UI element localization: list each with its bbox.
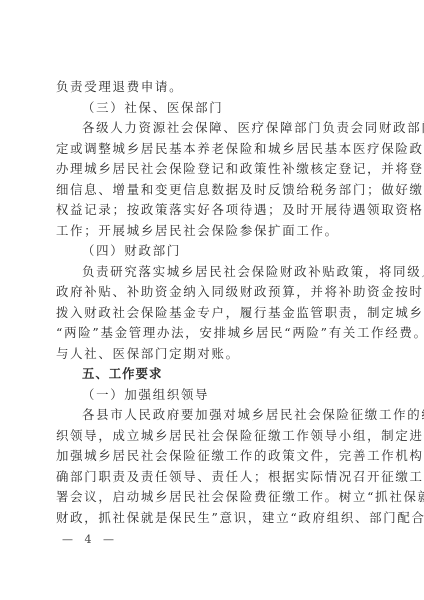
text-line: 细信息、增量和变更信息数据及时反馈给税务部门；做好缴费人: [56, 180, 376, 200]
text-line: 办理城乡居民社会保险登记和政策性补缴核定登记，并将登记明: [56, 159, 376, 179]
section-heading: 五、工作要求: [82, 364, 376, 384]
text-line: 加强城乡居民社会保险征缴工作的政策文件，完善工作机构，明: [56, 446, 376, 466]
text-line: 与人社、医保部门定期对账。: [56, 344, 376, 364]
text-line: 织领导，成立城乡居民社会保险征缴工作领导小组，制定进一步: [56, 426, 376, 446]
text-line: 负责研究落实城乡居民社会保险财政补贴政策，将同级人民: [82, 262, 376, 282]
text-line: 署会议，启动城乡居民社会保险费征缴工作。树立“抓社保就是抓: [56, 487, 376, 507]
text-line: 负责受理退费申请。: [56, 77, 376, 97]
text-line: 确部门职责及责任领导、责任人；根据实际情况召开征缴工作部: [56, 467, 376, 487]
text-line: 定或调整城乡居民基本养老保险和城乡居民基本医疗保险政策；: [56, 139, 376, 159]
text-line: （四）财政部门: [82, 241, 376, 261]
text-line: 财政，抓社保就是保民生”意识，建立“政府组织、部门配合、基: [56, 508, 376, 528]
page-number: — 4 —: [62, 533, 118, 546]
text-line: “两险”基金管理办法，安排城乡居民“两险”有关工作经费。负责: [56, 323, 376, 343]
text-line: （一）加强组织领导: [82, 385, 376, 405]
text-line: 各县市人民政府要加强对城乡居民社会保险征缴工作的组: [82, 405, 376, 425]
text-line: 各级人力资源社会保障、医疗保障部门负责会同财政部门制: [82, 118, 376, 138]
text-line: 政府补贴、补助资金纳入同级财政预算，并将补助资金按时足额: [56, 282, 376, 302]
text-line: 工作；开展城乡居民社会保险参保扩面工作。: [56, 221, 376, 241]
text-line: （三）社保、医保部门: [82, 98, 376, 118]
text-line: 拨入财政社会保险基金专户，履行基金监管职责，制定城乡居民: [56, 303, 376, 323]
text-line: 权益记录；按政策落实好各项待遇；及时开展待遇领取资格认证: [56, 200, 376, 220]
document-page: 负责受理退费申请。（三）社保、医保部门各级人力资源社会保障、医疗保障部门负责会同…: [0, 0, 424, 600]
